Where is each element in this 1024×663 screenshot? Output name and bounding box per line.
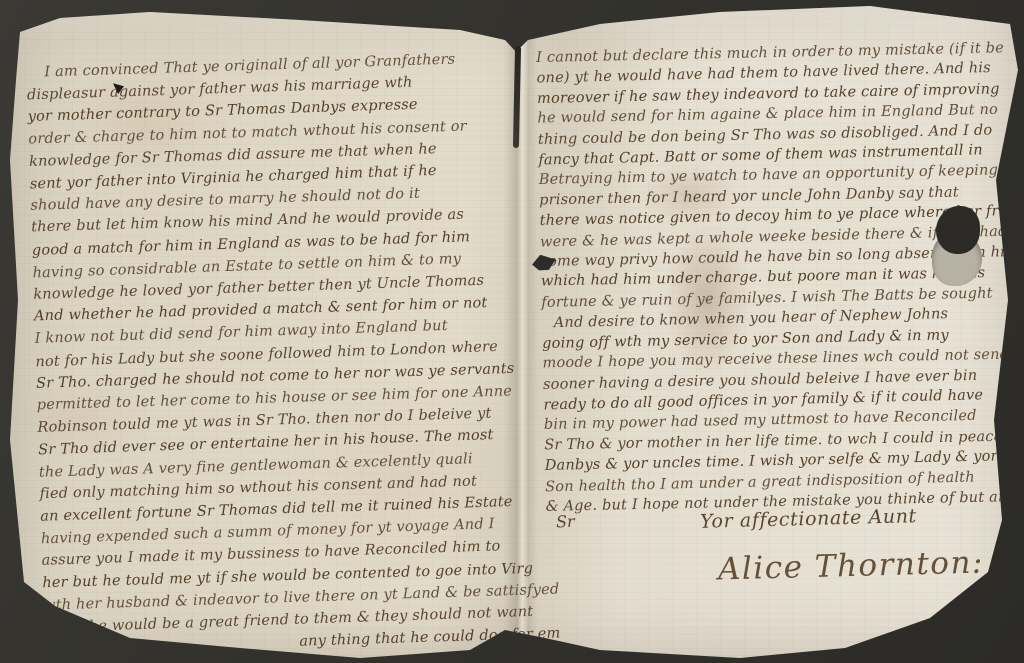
left-page-text: I am convinced That ye originall of all … xyxy=(26,47,535,662)
paper-edge-highlight xyxy=(0,0,1024,40)
closing-salutation: Sr xyxy=(556,512,575,532)
paper-hole-right-edge xyxy=(936,206,980,254)
letter-paper: I am convinced That ye originall of all … xyxy=(0,0,1024,663)
signature: Alice Thornton: xyxy=(718,545,985,588)
letter-photograph: I am convinced That ye originall of all … xyxy=(0,0,1024,663)
